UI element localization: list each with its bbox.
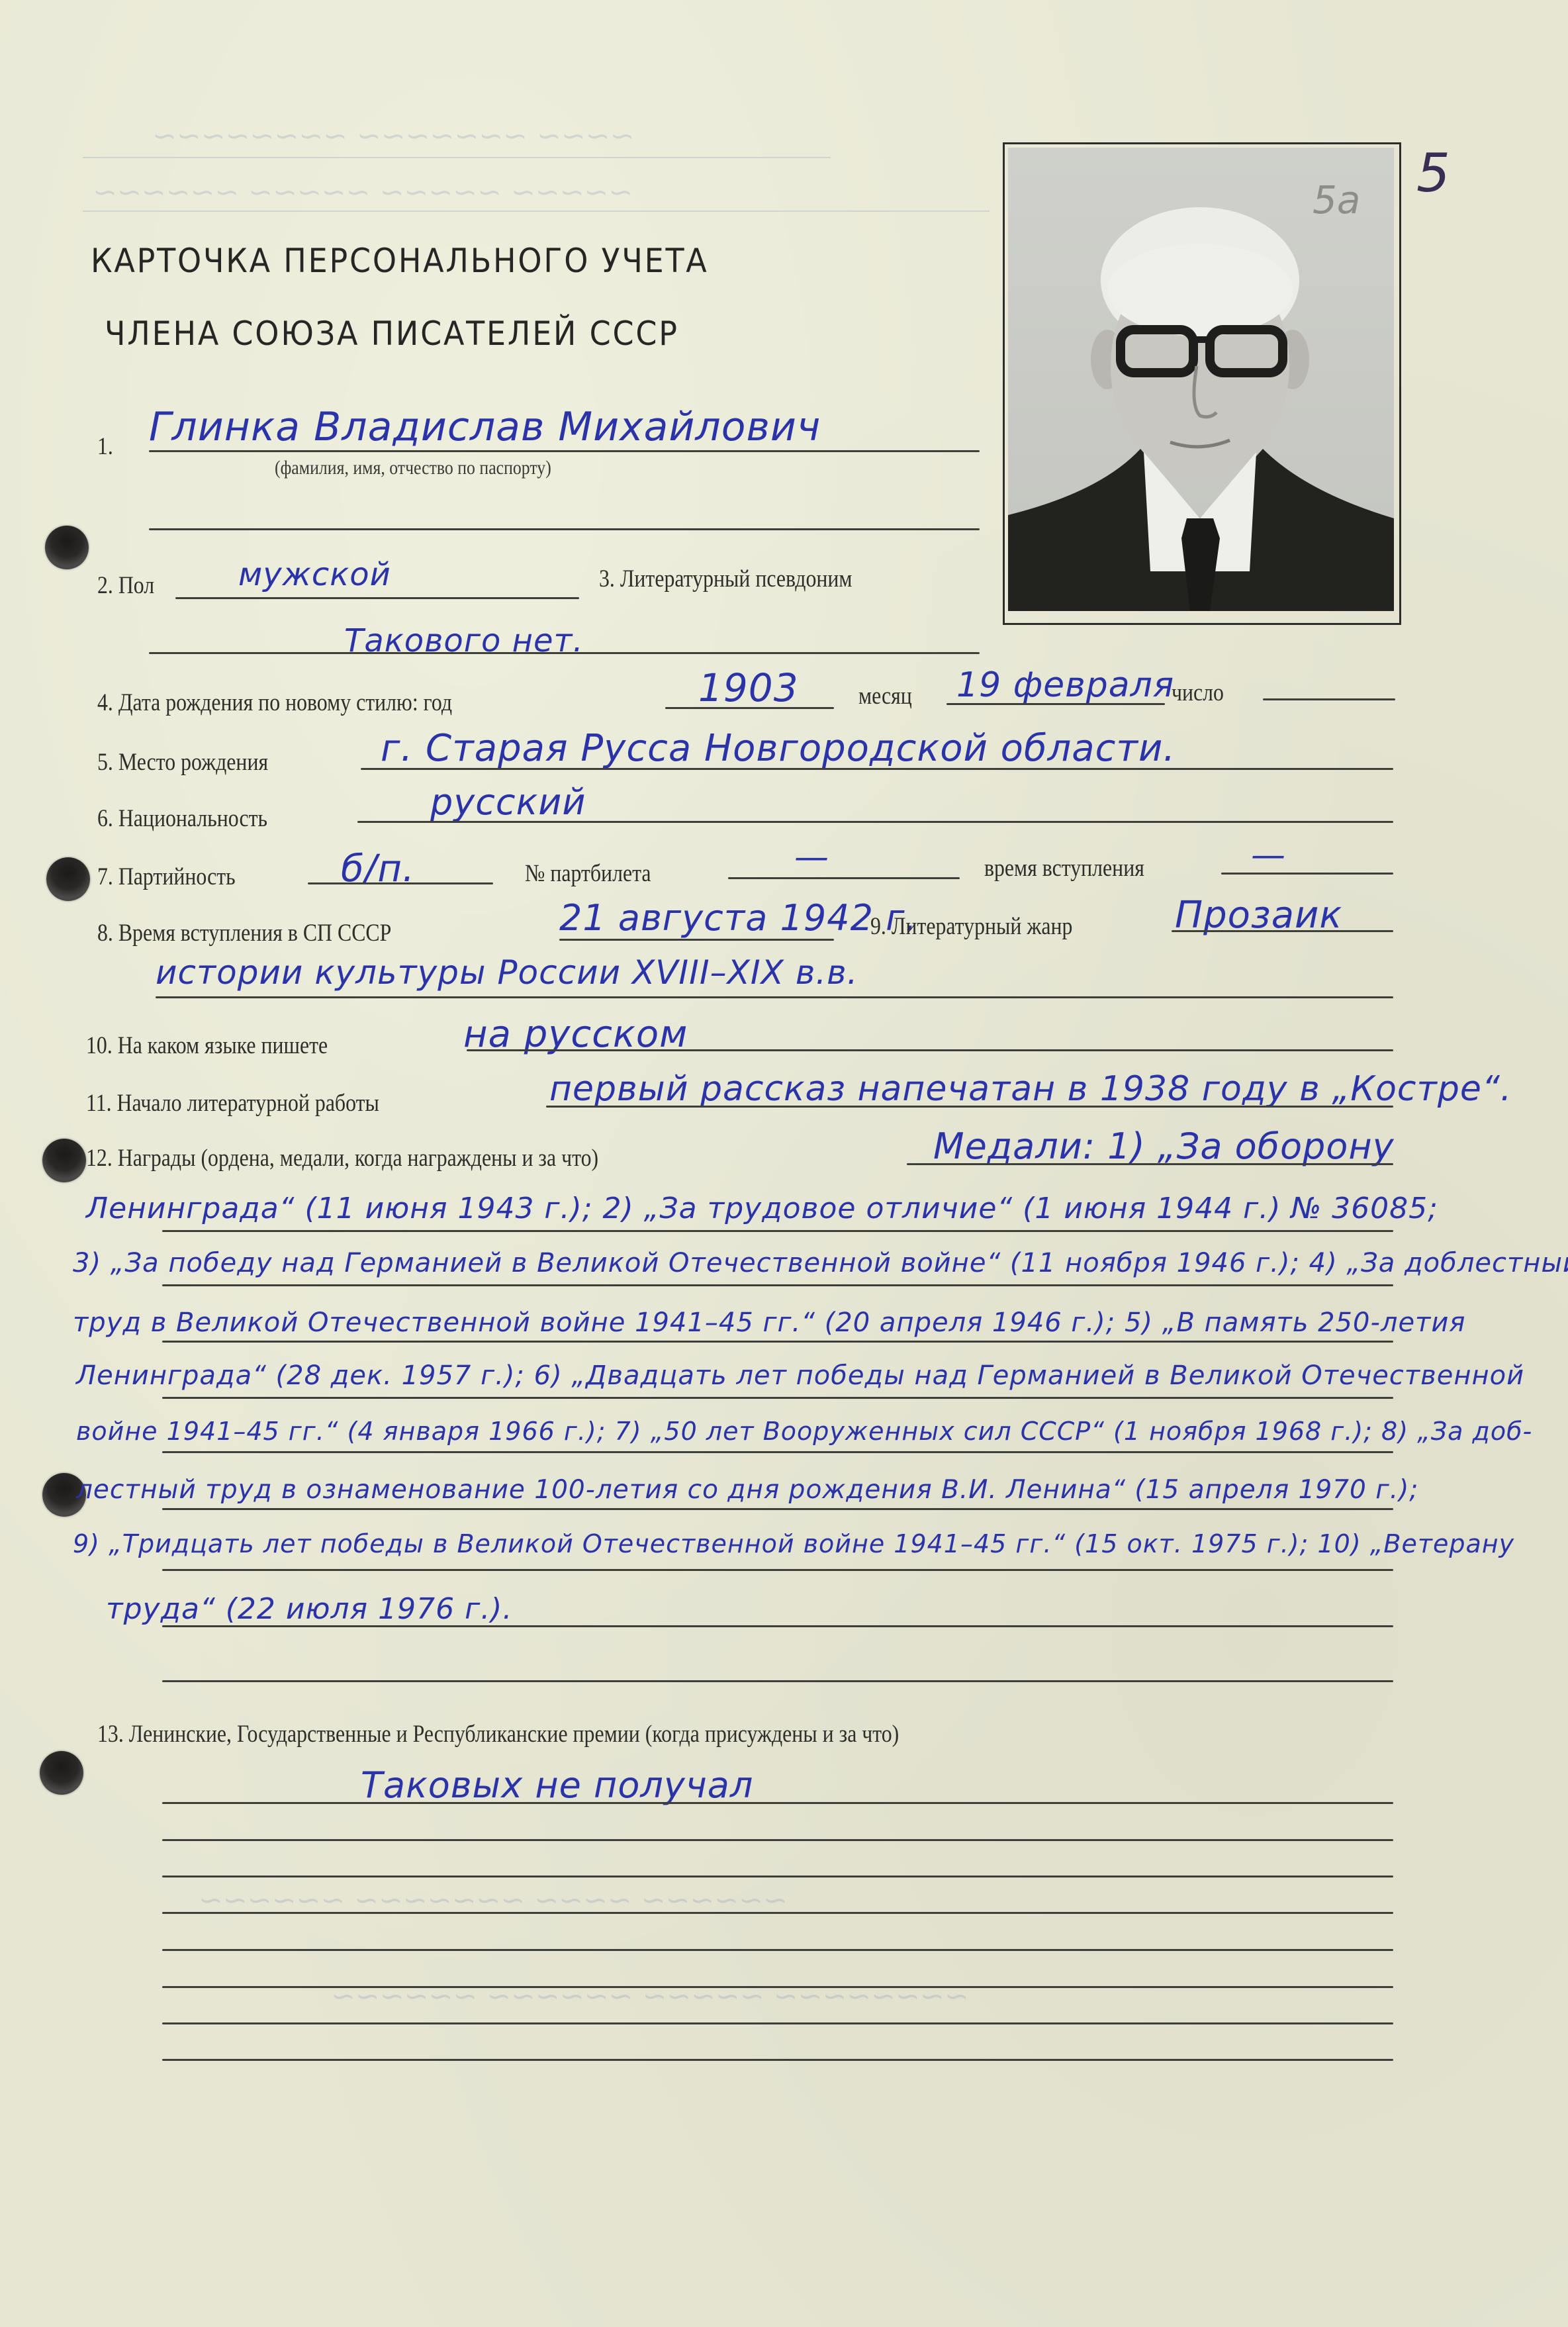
field-8-join-date-value: 21 августа 1942 г. <box>559 897 917 939</box>
field-7-card-value: — <box>794 837 829 877</box>
ghost-rule <box>83 157 831 158</box>
punch-hole <box>46 857 90 901</box>
field-4-year-rule <box>665 707 834 709</box>
field-8-label: 8. Время вступления в СП СССР <box>97 919 391 947</box>
field-9-label: 9. Литературный жанр <box>870 912 1072 941</box>
field-11-literary-start-value: первый рассказ напечатан в 1938 году в „… <box>549 1069 1512 1109</box>
field-8-rule <box>559 939 834 941</box>
bleed-through-text: ~~~~~ ~~~~~ ~~~~~ ~~~~~~ <box>93 175 633 209</box>
field-9-rule-2 <box>156 996 1393 998</box>
field-12-rule-7 <box>162 1508 1393 1510</box>
field-13-prizes-value: Таковых не получал <box>361 1764 753 1806</box>
field-2-gender-value: мужской <box>238 556 391 593</box>
field-12-label: 12. Награды (ордена, медали, когда награ… <box>86 1144 598 1172</box>
field-2-rule <box>175 597 579 599</box>
field-12-rule-10 <box>162 1680 1393 1682</box>
field-4-day-label: число <box>1172 679 1224 707</box>
field-5-birthplace-value: г. Старая Русса Новгородской области. <box>381 727 1176 770</box>
bleed-through-text: ~~~~ ~~~~~~~ ~~~~~~~~ <box>152 119 634 153</box>
field-13-rule-7 <box>162 2022 1393 2024</box>
field-7-join-label: время вступления <box>984 854 1144 882</box>
field-1-rule <box>149 450 980 452</box>
field-7-join-rule <box>1221 873 1393 875</box>
field-1-label: 1. <box>97 432 113 461</box>
field-7-label: 7. Партийность <box>97 863 236 891</box>
field-12-rule-5 <box>162 1397 1393 1399</box>
field-4-day-rule <box>1263 698 1395 700</box>
field-2-label: 2. Пол <box>97 571 154 600</box>
field-9-rule <box>1172 930 1393 932</box>
field-9-genre-continued: истории культуры России XVIII–XIX в.в. <box>156 953 858 992</box>
field-10-label: 10. На каком языке пишете <box>86 1031 328 1060</box>
field-13-rule-8 <box>162 2059 1393 2061</box>
field-12-rule-8 <box>162 1569 1393 1571</box>
field-7-card-rule <box>728 877 960 879</box>
field-13-rule-3 <box>162 1876 1393 1877</box>
field-13-rule-1 <box>162 1802 1393 1804</box>
page-number: 5 <box>1416 142 1450 204</box>
photo-mark: 5а <box>1313 177 1360 222</box>
field-4-month-value: 19 февраля <box>956 665 1174 705</box>
field-4-year-value: 1903 <box>698 665 799 710</box>
field-12-rule-4 <box>162 1341 1393 1343</box>
field-4-label: 4. Дата рождения по новому стилю: год <box>97 689 452 717</box>
field-4-month-label: месяц <box>858 682 912 710</box>
field-12-awards-line-5: Ленинграда“ (28 дек. 1957 г.); 6) „Двадц… <box>76 1360 1524 1391</box>
field-12-awards-line-4: труд в Великой Отечественной войне 1941–… <box>73 1307 1465 1338</box>
field-12-rule-9 <box>162 1625 1393 1627</box>
field-5-label: 5. Место рождения <box>97 748 268 777</box>
portrait-photo: 5а <box>1008 148 1394 611</box>
field-12-awards-line-6: войне 1941–45 гг.“ (4 января 1966 г.); 7… <box>76 1417 1532 1446</box>
ghost-rule <box>83 211 990 212</box>
field-12-awards-line-7: лестный труд в ознаменование 100-летия с… <box>76 1475 1418 1505</box>
field-12-rule-3 <box>162 1284 1393 1286</box>
field-13-label: 13. Ленинские, Государственные и Республ… <box>97 1720 899 1748</box>
field-6-rule <box>357 821 1393 823</box>
field-5-rule <box>361 768 1393 770</box>
punch-hole <box>42 1139 86 1182</box>
field-11-rule <box>546 1106 1393 1108</box>
field-12-awards-line-1: Медали: 1) „За оборону <box>933 1125 1395 1167</box>
field-12-rule-6 <box>162 1451 1393 1453</box>
field-6-nationality-value: русский <box>430 781 586 823</box>
card-title-line2: ЧЛЕНА СОЮЗА ПИСАТЕЛЕЙ СССР <box>105 314 679 353</box>
field-3-rule <box>149 652 980 654</box>
field-1-name-value: Глинка Владислав Михайлович <box>149 404 821 450</box>
field-7-card-label: № партбилета <box>525 859 651 888</box>
field-7-join-value: — <box>1251 835 1286 875</box>
field-1-rule-2 <box>149 528 980 530</box>
field-13-rule-4 <box>162 1912 1393 1914</box>
field-13-rule-5 <box>162 1949 1393 1951</box>
field-12-rule-2 <box>162 1230 1393 1232</box>
field-3-label: 3. Литературный псевдоним <box>599 565 853 593</box>
field-13-rule-6 <box>162 1986 1393 1988</box>
field-4-month-rule <box>946 703 1165 705</box>
field-13-rule-2 <box>162 1839 1393 1841</box>
field-10-rule <box>467 1049 1393 1051</box>
field-12-awards-line-3: 3) „За победу над Германией в Великой От… <box>73 1248 1568 1278</box>
field-7-party-rule <box>308 882 493 884</box>
card-title-line1: КАРТОЧКА ПЕРСОНАЛЬНОГО УЧЕТА <box>91 242 709 280</box>
punch-hole <box>45 526 89 569</box>
field-6-label: 6. Национальность <box>97 804 267 833</box>
field-12-awards-line-2: Ленинграда“ (11 июня 1943 г.); 2) „За тр… <box>86 1192 1438 1225</box>
field-12-awards-line-9: труда“ (22 июля 1976 г.). <box>106 1592 512 1626</box>
field-1-hint: (фамилия, имя, отчество по паспорту) <box>275 457 551 479</box>
bleed-through-text: ~~~~~~~~ ~~~~~ ~~~~~~ ~~~~~~ <box>331 1979 969 2013</box>
field-11-label: 11. Начало литературной работы <box>86 1089 379 1117</box>
field-12-rule-1 <box>907 1163 1393 1165</box>
punch-hole <box>40 1751 83 1795</box>
field-12-awards-line-8: 9) „Тридцать лет победы в Великой Отечес… <box>73 1529 1514 1558</box>
